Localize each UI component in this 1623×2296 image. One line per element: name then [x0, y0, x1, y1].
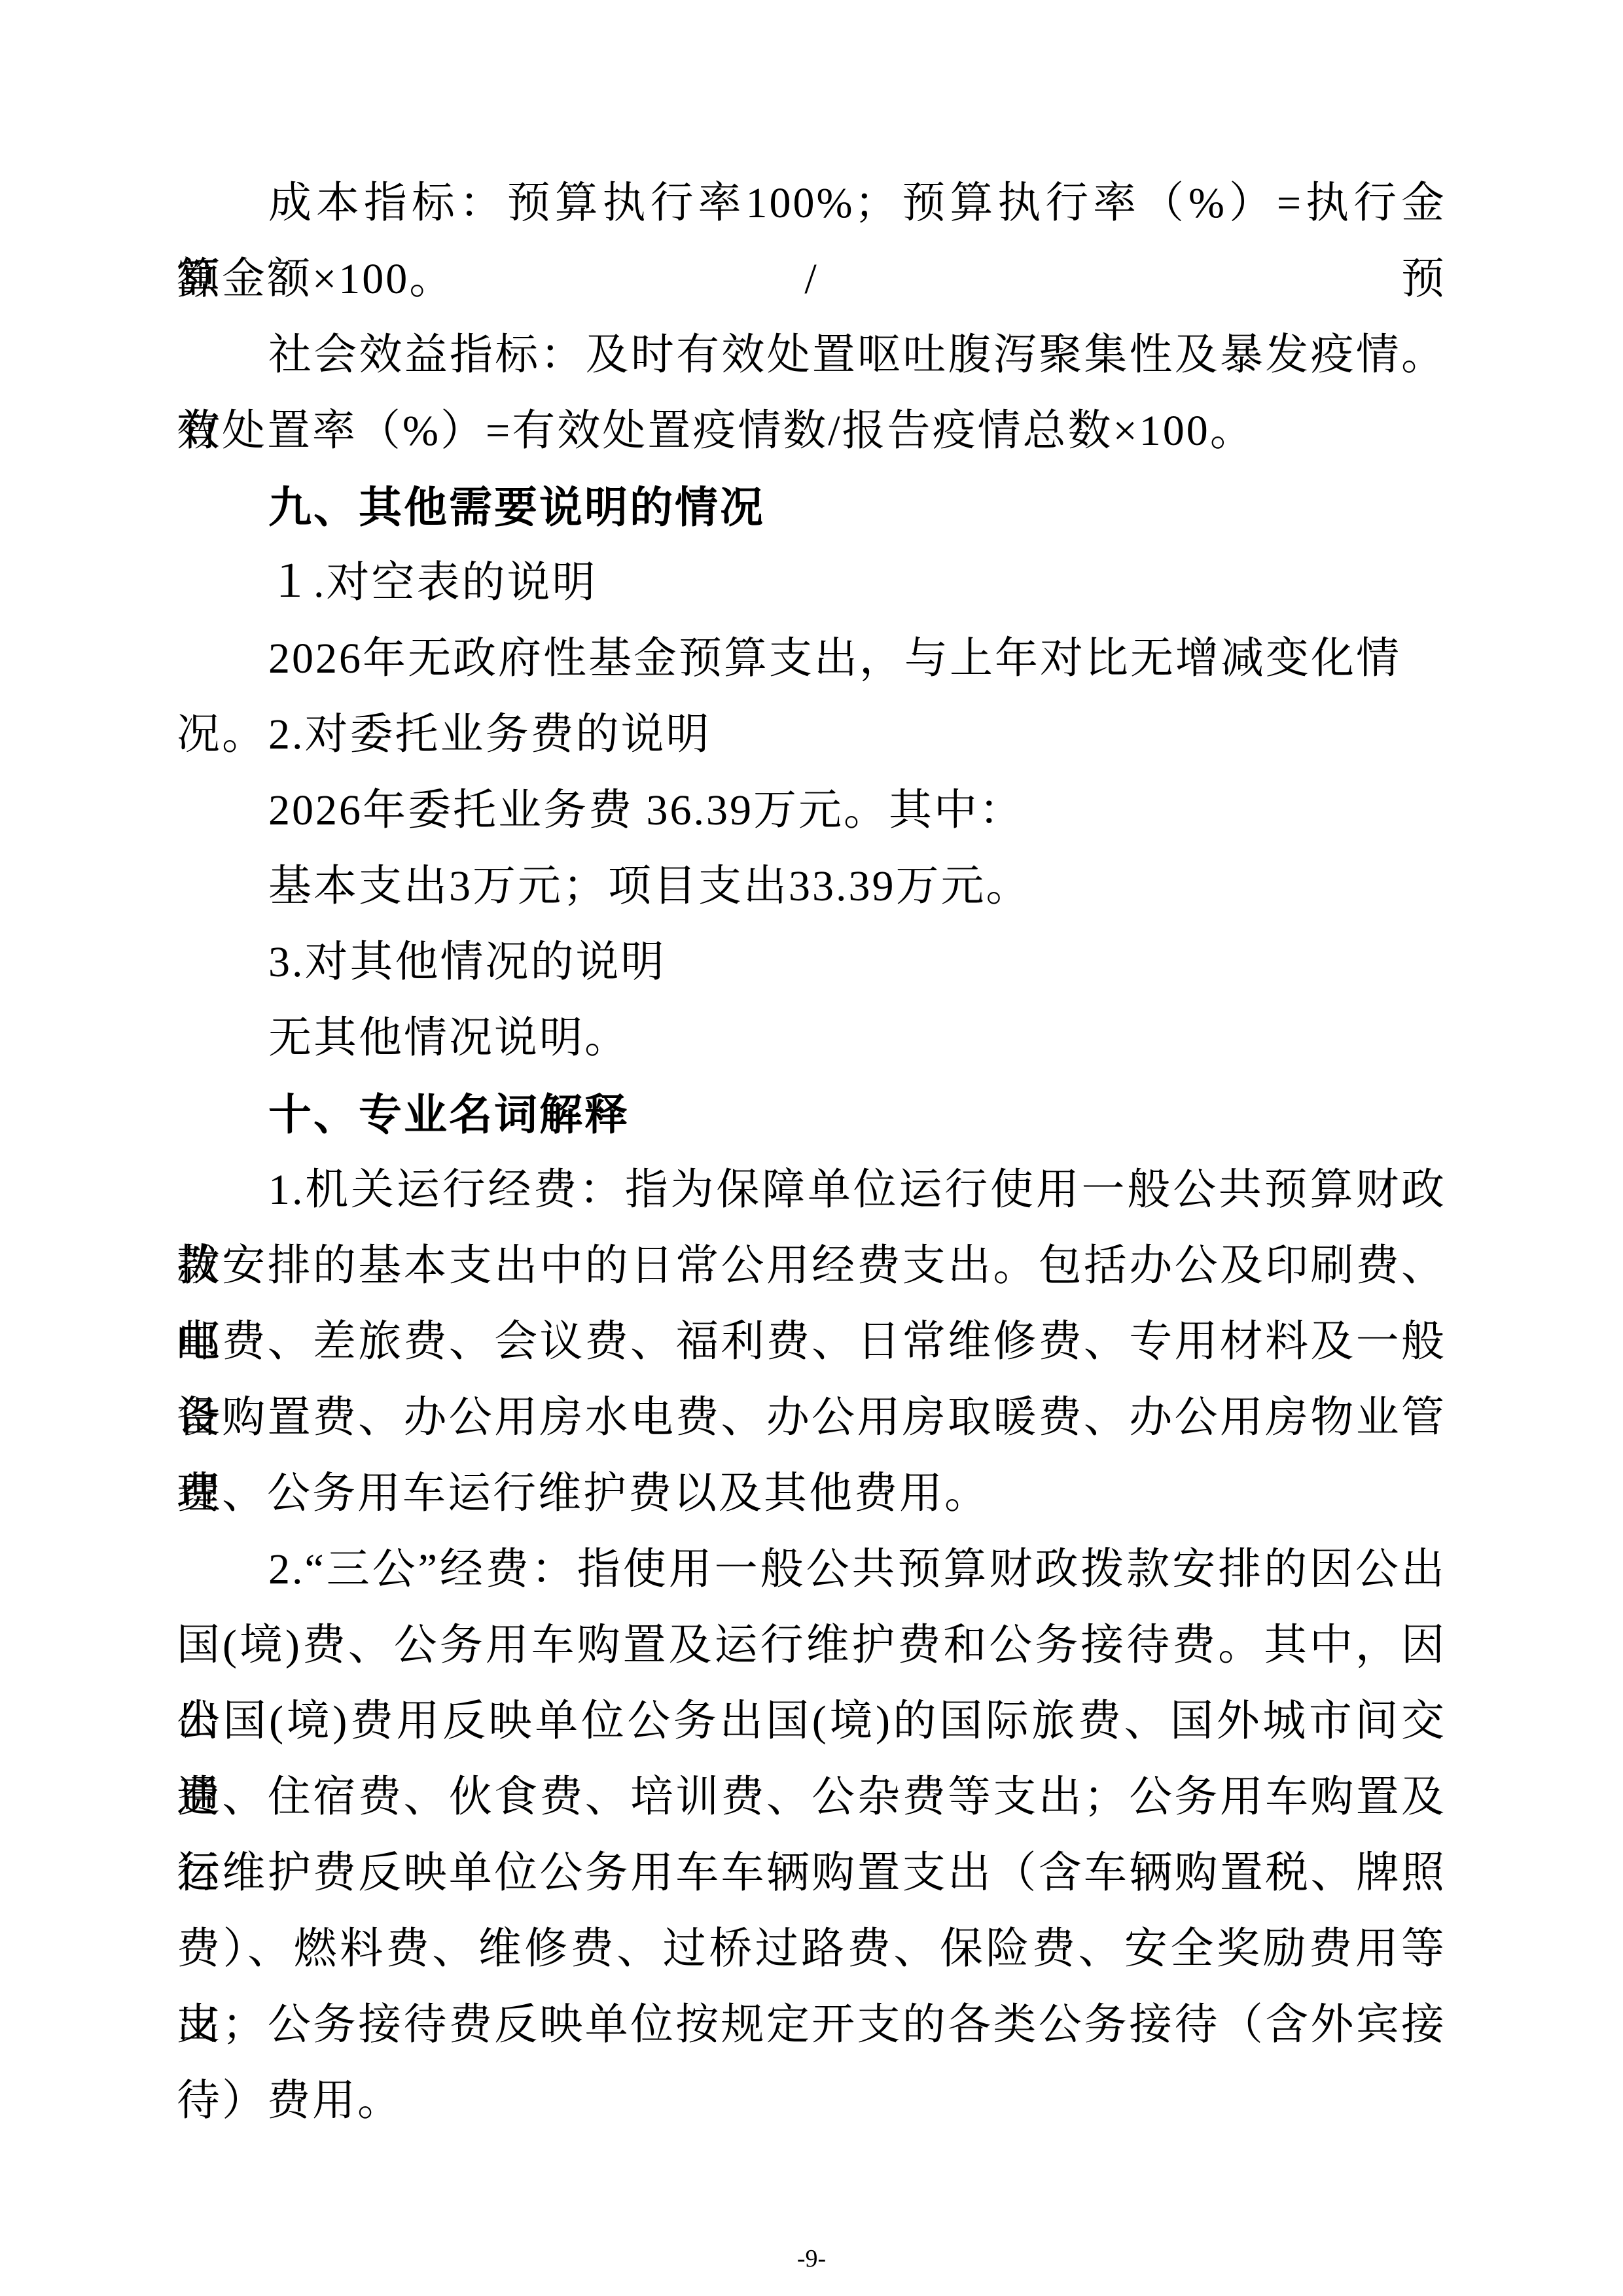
text-line: 出；公务接待费反映单位按规定开支的各类公务接待（含外宾接 [177, 1987, 1446, 2063]
text-line: 3.对其他情况的说明 [177, 925, 1446, 1000]
text-line: 社会效益指标：及时有效处置呕吐腹泻聚集性及暴发疫情。有 [177, 317, 1446, 393]
text-line: 九、其他需要说明的情况 [177, 469, 1446, 545]
text-line: 备购置费、办公用房水电费、办公用房取暖费、办公用房物业管理 [177, 1380, 1446, 1456]
text-line: 电费、差旅费、会议费、福利费、日常维修费、专用材料及一般设 [177, 1304, 1446, 1380]
text-line: 行维护费反映单位公务用车车辆购置支出（含车辆购置税、牌照 [177, 1835, 1446, 1911]
text-line: 1.机关运行经费：指为保障单位运行使用一般公共预算财政拨 [177, 1152, 1446, 1228]
text-line: 2026年委托业务费 36.39万元。其中： [177, 773, 1446, 849]
text-line: 出国(境)费用反映单位公务出国(境)的国际旅费、国外城市间交通 [177, 1684, 1446, 1759]
text-line: 十、专业名词解释 [177, 1076, 1446, 1152]
page-number: -9- [0, 2244, 1623, 2273]
text-line: 国(境)费、公务用车购置及运行维护费和公务接待费。其中，因公 [177, 1608, 1446, 1684]
text-line: １.对空表的说明 [177, 545, 1446, 621]
text-line: 基本支出3万元；项目支出33.39万元。 [177, 849, 1446, 925]
text-line: 效处置率（%）=有效处置疫情数/报告疫情总数×100。 [177, 393, 1446, 469]
text-line: 待）费用。 [177, 2063, 1446, 2139]
text-line: 2.“三公”经费：指使用一般公共预算财政拨款安排的因公出 [177, 1532, 1446, 1608]
text-content: 成本指标：预算执行率100%；预算执行率（%）=执行金额/预算金额×100。社会… [177, 166, 1446, 2139]
text-line: 成本指标：预算执行率100%；预算执行率（%）=执行金额/预 [177, 166, 1446, 241]
text-line: 2026年无政府性基金预算支出，与上年对比无增减变化情况。 [177, 621, 1446, 697]
text-line: 费）、燃料费、维修费、过桥过路费、保险费、安全奖励费用等支 [177, 1911, 1446, 1987]
text-line: 款安排的基本支出中的日常公用经费支出。包括办公及印刷费、邮 [177, 1228, 1446, 1304]
document-page: 成本指标：预算执行率100%；预算执行率（%）=执行金额/预算金额×100。社会… [0, 0, 1623, 2296]
text-line: 费、公务用车运行维护费以及其他费用。 [177, 1456, 1446, 1532]
text-line: 费、住宿费、伙食费、培训费、公杂费等支出；公务用车购置及运 [177, 1759, 1446, 1835]
text-line: 2.对委托业务费的说明 [177, 697, 1446, 773]
text-line: 无其他情况说明。 [177, 1000, 1446, 1076]
